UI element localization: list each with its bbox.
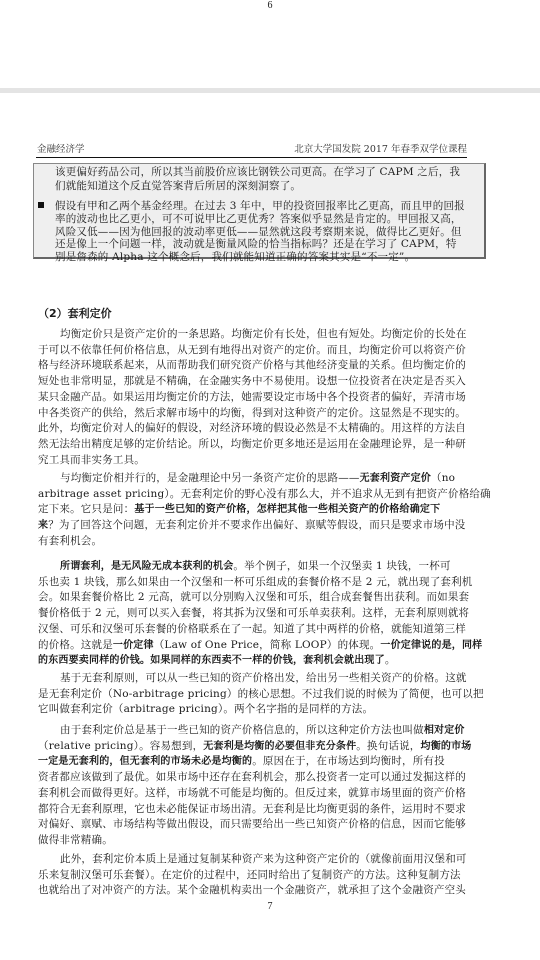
bold-term: 一定是无套利的，但无套利的市场未必是均衡的 [38, 756, 252, 767]
paragraph-line: 的东西要卖同样的价钱。如果同样的东西卖不一样的价钱，套利机会就出现了。 [38, 652, 490, 669]
paragraph-line: 它叫做套利定价（arbitrage pricing）。两个名字指的是同样的方法。 [38, 701, 490, 717]
box-line: 们就能知道这个反直觉答案背后所居的深刻洞察了。 [55, 179, 479, 193]
paragraph-line: 所谓套利，是无风险无成本获利的机会。举个例子，如果一个汉堡卖 1 块钱，一杯可 [60, 558, 490, 575]
previous-page-number: 6 [0, 0, 540, 12]
bold-term: 的东西要卖同样的价钱。如果同样的东西卖不一样的价钱，套利机会就出现了 [38, 655, 385, 666]
box-line: 该更偏好药品公司，所以其当前股价应该比钢铁公司更高。在学习了 CAPM 之后，我 [55, 165, 479, 179]
paragraph-line: 此外，套利定价本质上是通过复制某种资产来为这种资产定价的（就像前面用汉堡和可 [60, 851, 490, 867]
paragraph-line: 乐也卖 1 块钱，那么如果由一个汉堡和一杯可乐组成的套餐价格不是 2 元，就出现… [38, 574, 490, 590]
black-square-bullet-icon [38, 202, 44, 208]
text-run: 。 [385, 654, 396, 666]
paragraph-line: 与均衡定价相并行的，是金融理论中另一条资产定价的思路——无套利资产定价（no [60, 470, 490, 487]
bold-term: 相对定价 [424, 725, 465, 736]
text-run: 餐价格低于 2 元，则可以买入套餐，将其拆为汉堡和可乐单卖获利。这样，无套利原则… [38, 607, 469, 619]
text-run: 基于无套利原则，可以从一些已知的资产价格出发，给出另一些相关资产的价格。这就 [60, 672, 467, 684]
text-run: 。换句话说， [356, 740, 420, 752]
paragraph-line: 的价格。这就是一价定律（Law of One Price，简称 LOOP）的体现… [38, 637, 490, 654]
bold-term: 无套利是均衡的必要但非充分条件 [203, 741, 356, 752]
question-box: 该更偏好药品公司，所以其当前股价应该比钢铁公司更高。在学习了 CAPM 之后，我… [33, 163, 486, 259]
paragraph-line: 餐价格低于 2 元，则可以买入套餐，将其拆为汉堡和可乐单卖获利。这样，无套利原则… [38, 605, 490, 621]
paragraph-line: arbitrage asset pricing）。无套利定价的野心没有那么大，并… [38, 486, 490, 502]
text-run: 有套利机会。 [38, 535, 102, 547]
bold-term: 基于一些已知的资产价格，怎样把其他一些相关资产的价格给确定下 [134, 504, 440, 515]
paragraph-line: 也就给出了对冲资产的方法。某个金融机构卖出一个金融资产，就承担了这个金融资产空头 [38, 882, 490, 898]
text-run: 对偏好、禀赋、市场结构等做出假设，而只需要给出一些已知资产价格的信息，因而它能够 [38, 818, 466, 830]
paragraph-line: 是无套利定价（No-arbitrage pricing）的核心思想。不过我们说的… [38, 686, 490, 702]
text-run: 也就给出了对冲资产的方法。某个金融机构卖出一个金融资产，就承担了这个金融资产空头 [38, 884, 466, 896]
paragraph-line: 有套利机会。 [38, 533, 490, 549]
paragraph-line: 然无法给出精度足够的定价结论。所以，均衡定价更多地还是运用在金融理论界，是一种研 [38, 436, 490, 452]
paragraph-line: 由于套利定价总是基于一些已知的资产价格信息的，所以这种定价方法也叫做相对定价 [60, 722, 490, 739]
text-run: 会。如果套餐价格比 2 元高，就可以分别购入汉堡和可乐，组合成套餐售出获利。而如… [38, 591, 469, 603]
text-run: 与均衡定价相并行的，是金融理论中另一条资产定价的思路—— [60, 472, 360, 484]
text-run: 的价格。这就是 [38, 639, 113, 651]
text-run: 中各类资产的供给，然后求解市场中的均衡，得到对这种资产的定价。这显然是不现实的。 [38, 407, 466, 419]
page-separator [0, 88, 540, 93]
section-heading: （2）套利定价 [38, 307, 112, 321]
text-run: （relative pricing）。容易想到， [38, 740, 203, 752]
text-run: 是无套利定价（No-arbitrage pricing）的核心思想。不过我们说的… [38, 688, 484, 700]
bold-term: 所谓套利，是无风险无成本获利的机会 [60, 561, 233, 572]
text-run: 。原因在于，在市场达到均衡时，所有投 [252, 755, 445, 767]
text-run: 于可以不依靠任何价格信息，从无到有地得出对资产的定价。而且，均衡定价可以将资产价 [38, 344, 466, 356]
paragraph-line: 对偏好、禀赋、市场结构等做出假设，而只需要给出一些已知资产价格的信息，因而它能够 [38, 816, 490, 832]
paragraph-line: 此外，均衡定价对人的偏好的假设，对经济环境的假设必然是不太精确的。用这样的方法自 [38, 420, 490, 436]
paragraph-line: 均衡定价只是资产定价的一条思路。均衡定价有长处，但也有短处。均衡定价的长处在 [60, 326, 490, 342]
text-run: 汉堡、可乐和汉堡可乐套餐的价格联系在了一起。知道了其中两样的价格，就能知道第三样 [38, 623, 466, 635]
bold-term: 一价定律 [113, 640, 154, 651]
text-run: arbitrage asset pricing）。无套利定价的野心没有那么大，并… [38, 488, 491, 500]
text-run: 然无法给出精度足够的定价结论。所以，均衡定价更多地还是运用在金融理论界，是一种研 [38, 438, 466, 450]
paragraph-line: 做得非常精确。 [38, 832, 490, 848]
bold-term: 来 [38, 520, 48, 531]
text-run: 究工具而非实务工具。 [38, 454, 145, 466]
paragraph-line: 来？为了回答这个问题，无套利定价并不要求作出偏好、禀赋等假设，而只是要求市场中没 [38, 517, 490, 534]
paragraph-line: 一定是无套利的，但无套利的市场未必是均衡的。原因在于，在市场达到均衡时，所有投 [38, 753, 490, 770]
text-run: 。举个例子，如果一个汉堡卖 1 块钱，一杯可 [233, 560, 450, 572]
text-run: 格与经济环境联系起来，从而帮助我们研究资产价格与其他经济变量的关系。但均衡定价的 [38, 359, 466, 371]
header-course-title: 金融经济学 [37, 143, 85, 157]
paragraph-line: 会。如果套餐价格比 2 元高，就可以分别购入汉堡和可乐，组合成套餐售出获利。而如… [38, 589, 490, 605]
page-number: 7 [0, 901, 540, 913]
text-run: 此外，均衡定价对人的偏好的假设，对经济环境的假设必然是不太精确的。用这样的方法自 [38, 422, 466, 434]
paragraph-line: 基于无套利原则，可以从一些已知的资产价格出发，给出另一些相关资产的价格。这就 [60, 670, 490, 686]
text-run: 某只金融产品。如果运用均衡定价的方法，她需要设定市场中各个投资者的偏好，弄清市场 [38, 391, 466, 403]
text-run: 都符合无套利原理，它也未必能保证市场出清。无套利是比均衡更弱的条件，运用时不要求 [38, 803, 466, 815]
paragraph-line: 都符合无套利原理，它也未必能保证市场出清。无套利是比均衡更弱的条件，运用时不要求 [38, 801, 490, 817]
paragraph-line: 短处也非常明显，那就是不精确，在金融实务中不易使用。设想一位投资者在决定是否买入 [38, 373, 490, 389]
text-run: 资者都应该做到了最优。如果市场中还存在套利机会，那么投资者一定可以通过发掘这样的 [38, 771, 466, 783]
text-run: （no [431, 472, 455, 484]
paragraph-line: 资者都应该做到了最优。如果市场中还存在套利机会，那么投资者一定可以通过发掘这样的 [38, 769, 490, 785]
running-header: 金融经济学 北京大学国发院 2017 年春季双学位课程 [36, 143, 467, 158]
text-run: 均衡定价只是资产定价的一条思路。均衡定价有长处，但也有短处。均衡定价的长处在 [60, 328, 467, 340]
paragraph-line: 于可以不依靠任何价格信息，从无到有地得出对资产的定价。而且，均衡定价可以将资产价 [38, 342, 490, 358]
text-run: 乐也卖 1 块钱，那么如果由一个汉堡和一杯可乐组成的套餐价格不是 2 元，就出现… [38, 576, 473, 588]
text-run: 套利机会而做得更好。这样，市场就不可能是均衡的。但反过来，就算市场里面的资产价格 [38, 787, 466, 799]
text-run: ？为了回答这个问题，无套利定价并不要求作出偏好、禀赋等假设，而只是要求市场中没 [48, 519, 465, 531]
bold-term: 无套利资产定价 [360, 473, 431, 484]
text-run: （Law of One Price，简称 LOOP）的体现。 [154, 639, 381, 651]
text-run: 此外，套利定价本质上是通过复制某种资产来为这种资产定价的（就像前面用汉堡和可 [60, 853, 467, 865]
text-run: 做得非常精确。 [38, 834, 113, 846]
paragraph-line: 定下来。它只是问：基于一些已知的资产价格，怎样把其他一些相关资产的价格给确定下 [38, 501, 490, 518]
paragraph-line: 乐来复制汉堡可乐套餐）。在定价的过程中，还同时给出了复制资产的方法。这种复制方法 [38, 867, 490, 883]
text-run: 短处也非常明显，那就是不精确，在金融实务中不易使用。设想一位投资者在决定是否买入 [38, 375, 466, 387]
paragraph-line: 中各类资产的供给，然后求解市场中的均衡，得到对这种资产的定价。这显然是不现实的。 [38, 405, 490, 421]
text-run: 乐来复制汉堡可乐套餐）。在定价的过程中，还同时给出了复制资产的方法。这种复制方法 [38, 869, 461, 881]
header-program-title: 北京大学国发院 2017 年春季双学位课程 [294, 143, 467, 157]
paragraph-line: 格与经济环境联系起来，从而帮助我们研究资产价格与其他经济变量的关系。但均衡定价的 [38, 357, 490, 373]
paragraph-line: 某只金融产品。如果运用均衡定价的方法，她需要设定市场中各个投资者的偏好，弄清市场 [38, 389, 490, 405]
text-run: 它叫做套利定价（arbitrage pricing）。两个名字指的是同样的方法。 [38, 703, 373, 715]
paragraph-line: 汉堡、可乐和汉堡可乐套餐的价格联系在了一起。知道了其中两样的价格，就能知道第三样 [38, 621, 490, 637]
bold-term: 一价定律说的是，同样 [380, 640, 482, 651]
paragraph-line: （relative pricing）。容易想到，无套利是均衡的必要但非充分条件。… [38, 738, 490, 755]
text-run: 定下来。它只是问： [38, 503, 134, 515]
paragraph-line: 究工具而非实务工具。 [38, 452, 490, 468]
box-line: 别是詹森的 Alpha 这个概念后，我们就能知道正确的答案其实是“不一定”。 [55, 250, 479, 264]
paragraph-line: 套利机会而做得更好。这样，市场就不可能是均衡的。但反过来，就算市场里面的资产价格 [38, 785, 490, 801]
text-run: 由于套利定价总是基于一些已知的资产价格信息的，所以这种定价方法也叫做 [60, 724, 424, 736]
bold-term: 均衡的市场 [421, 741, 472, 752]
